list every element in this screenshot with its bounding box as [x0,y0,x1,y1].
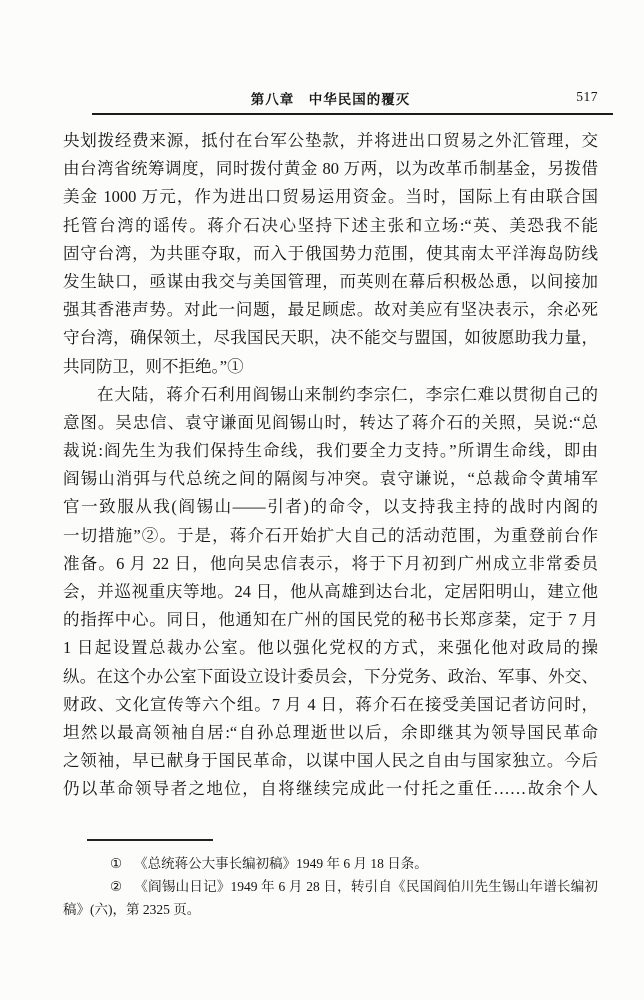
body-line: 固守台湾，为共匪夺取，而入于俄国势力范围，使其南太平洋海岛防线 [63,240,598,268]
body-line: 官一致服从我(阎锡山——引者)的命令，以支持我主持的战时内阁的 [63,493,598,521]
body-line: 之领袖，早已献身于国民革命，以谋中国人民之自由与国家独立。今后 [63,747,598,775]
footnotes-block: ①《总统蒋公大事长编初稿》1949 年 6 月 18 日条。②《阎锡山日记》19… [63,853,598,921]
body-line: 裁说:阎先生为我们保持生命线，我们要全力支持。”所谓生命线，即由 [63,437,598,465]
body-text-block: 央划拨经费来源，抵付在台军公垫款，并将进出口贸易之外汇管理，交由台湾省统筹调度，… [63,127,598,804]
body-line: 阎锡山消弭与代总统之间的隔阂与冲突。袁守谦说，“总裁命令黄埔军 [63,465,598,493]
footnote-divider [87,839,213,841]
body-line: 在大陆，蒋介石利用阎锡山来制约李宗仁，李宗仁难以贯彻自己的 [63,381,598,409]
footnote-marker: ① [110,856,122,871]
header-rule [92,113,613,115]
body-line: 央划拨经费来源，抵付在台军公垫款，并将进出口贸易之外汇管理，交 [63,127,598,155]
footnote-line: ①《总统蒋公大事长编初稿》1949 年 6 月 18 日条。 [63,853,598,876]
body-line: 美金 1000 万元，作为进出口贸易运用资金。当时，国际上有由联合国 [63,183,598,211]
page-header: 第八章 中华民国的覆灭 517 [63,88,598,108]
body-line: 强其香港声势。对此一问题，最足顾虑。故对美应有坚决表示，余必死 [63,296,598,324]
body-line: 1 日起设置总裁办公室。他以强化党权的方式，来强化他对政局的操 [63,634,598,662]
body-line: 守台湾，确保领土，尽我国民天职，决不能交与盟国，如彼愿助我力量， [63,324,598,352]
footnote-line: ②《阎锡山日记》1949 年 6 月 28 日，转引自《民国阎伯川先生锡山年谱长… [63,876,598,899]
book-page: 第八章 中华民国的覆灭 517 央划拨经费来源，抵付在台军公垫款，并将进出口贸易… [0,0,644,1000]
body-line: 共同防卫，则不拒绝。”① [63,353,598,381]
body-line: 仍以革命领导者之地位，自将继续完成此一付托之重任……故余个人 [63,775,598,803]
body-line: 一切措施”②。于是，蒋介石开始扩大自己的活动范围，为重登前台作 [63,522,598,550]
body-line: 财政、文化宣传等六个组。7 月 4 日，蒋介石在接受美国记者访问时， [63,691,598,719]
body-line: 会，并巡视重庆等地。24 日，他从高雄到达台北，定居阳明山，建立他 [63,578,598,606]
body-line: 坦然以最高领袖自居:“自孙总理逝世以后，余即继其为领导国民革命 [63,719,598,747]
body-line: 发生缺口，亟谋由我交与美国管理，而英则在幕后积极怂恿，以间接加 [63,268,598,296]
body-line: 意图。吴忠信、袁守谦面见阎锡山时，转达了蒋介石的关照，吴说:“总 [63,409,598,437]
chapter-title: 第八章 中华民国的覆灭 [63,88,598,108]
body-line: 的指挥中心。同日，他通知在广州的国民党的秘书长郑彦棻，定于 7 月 [63,606,598,634]
page-number: 517 [576,89,598,105]
body-line: 托管台湾的谣传。蒋介石决心坚持下述主张和立场:“英、美恐我不能 [63,212,598,240]
footnote-marker: ② [110,879,122,894]
body-line: 纵。在这个办公室下面设立设计委员会，下分党务、政治、军事、外交、 [63,663,598,691]
body-line: 由台湾省统筹调度，同时拨付黄金 80 万两，以为改革币制基金，另拨借 [63,155,598,183]
footnote-line: 稿》(六)，第 2325 页。 [63,899,598,922]
body-line: 准备。6 月 22 日，他向吴忠信表示，将于下月初到广州成立非常委员 [63,550,598,578]
